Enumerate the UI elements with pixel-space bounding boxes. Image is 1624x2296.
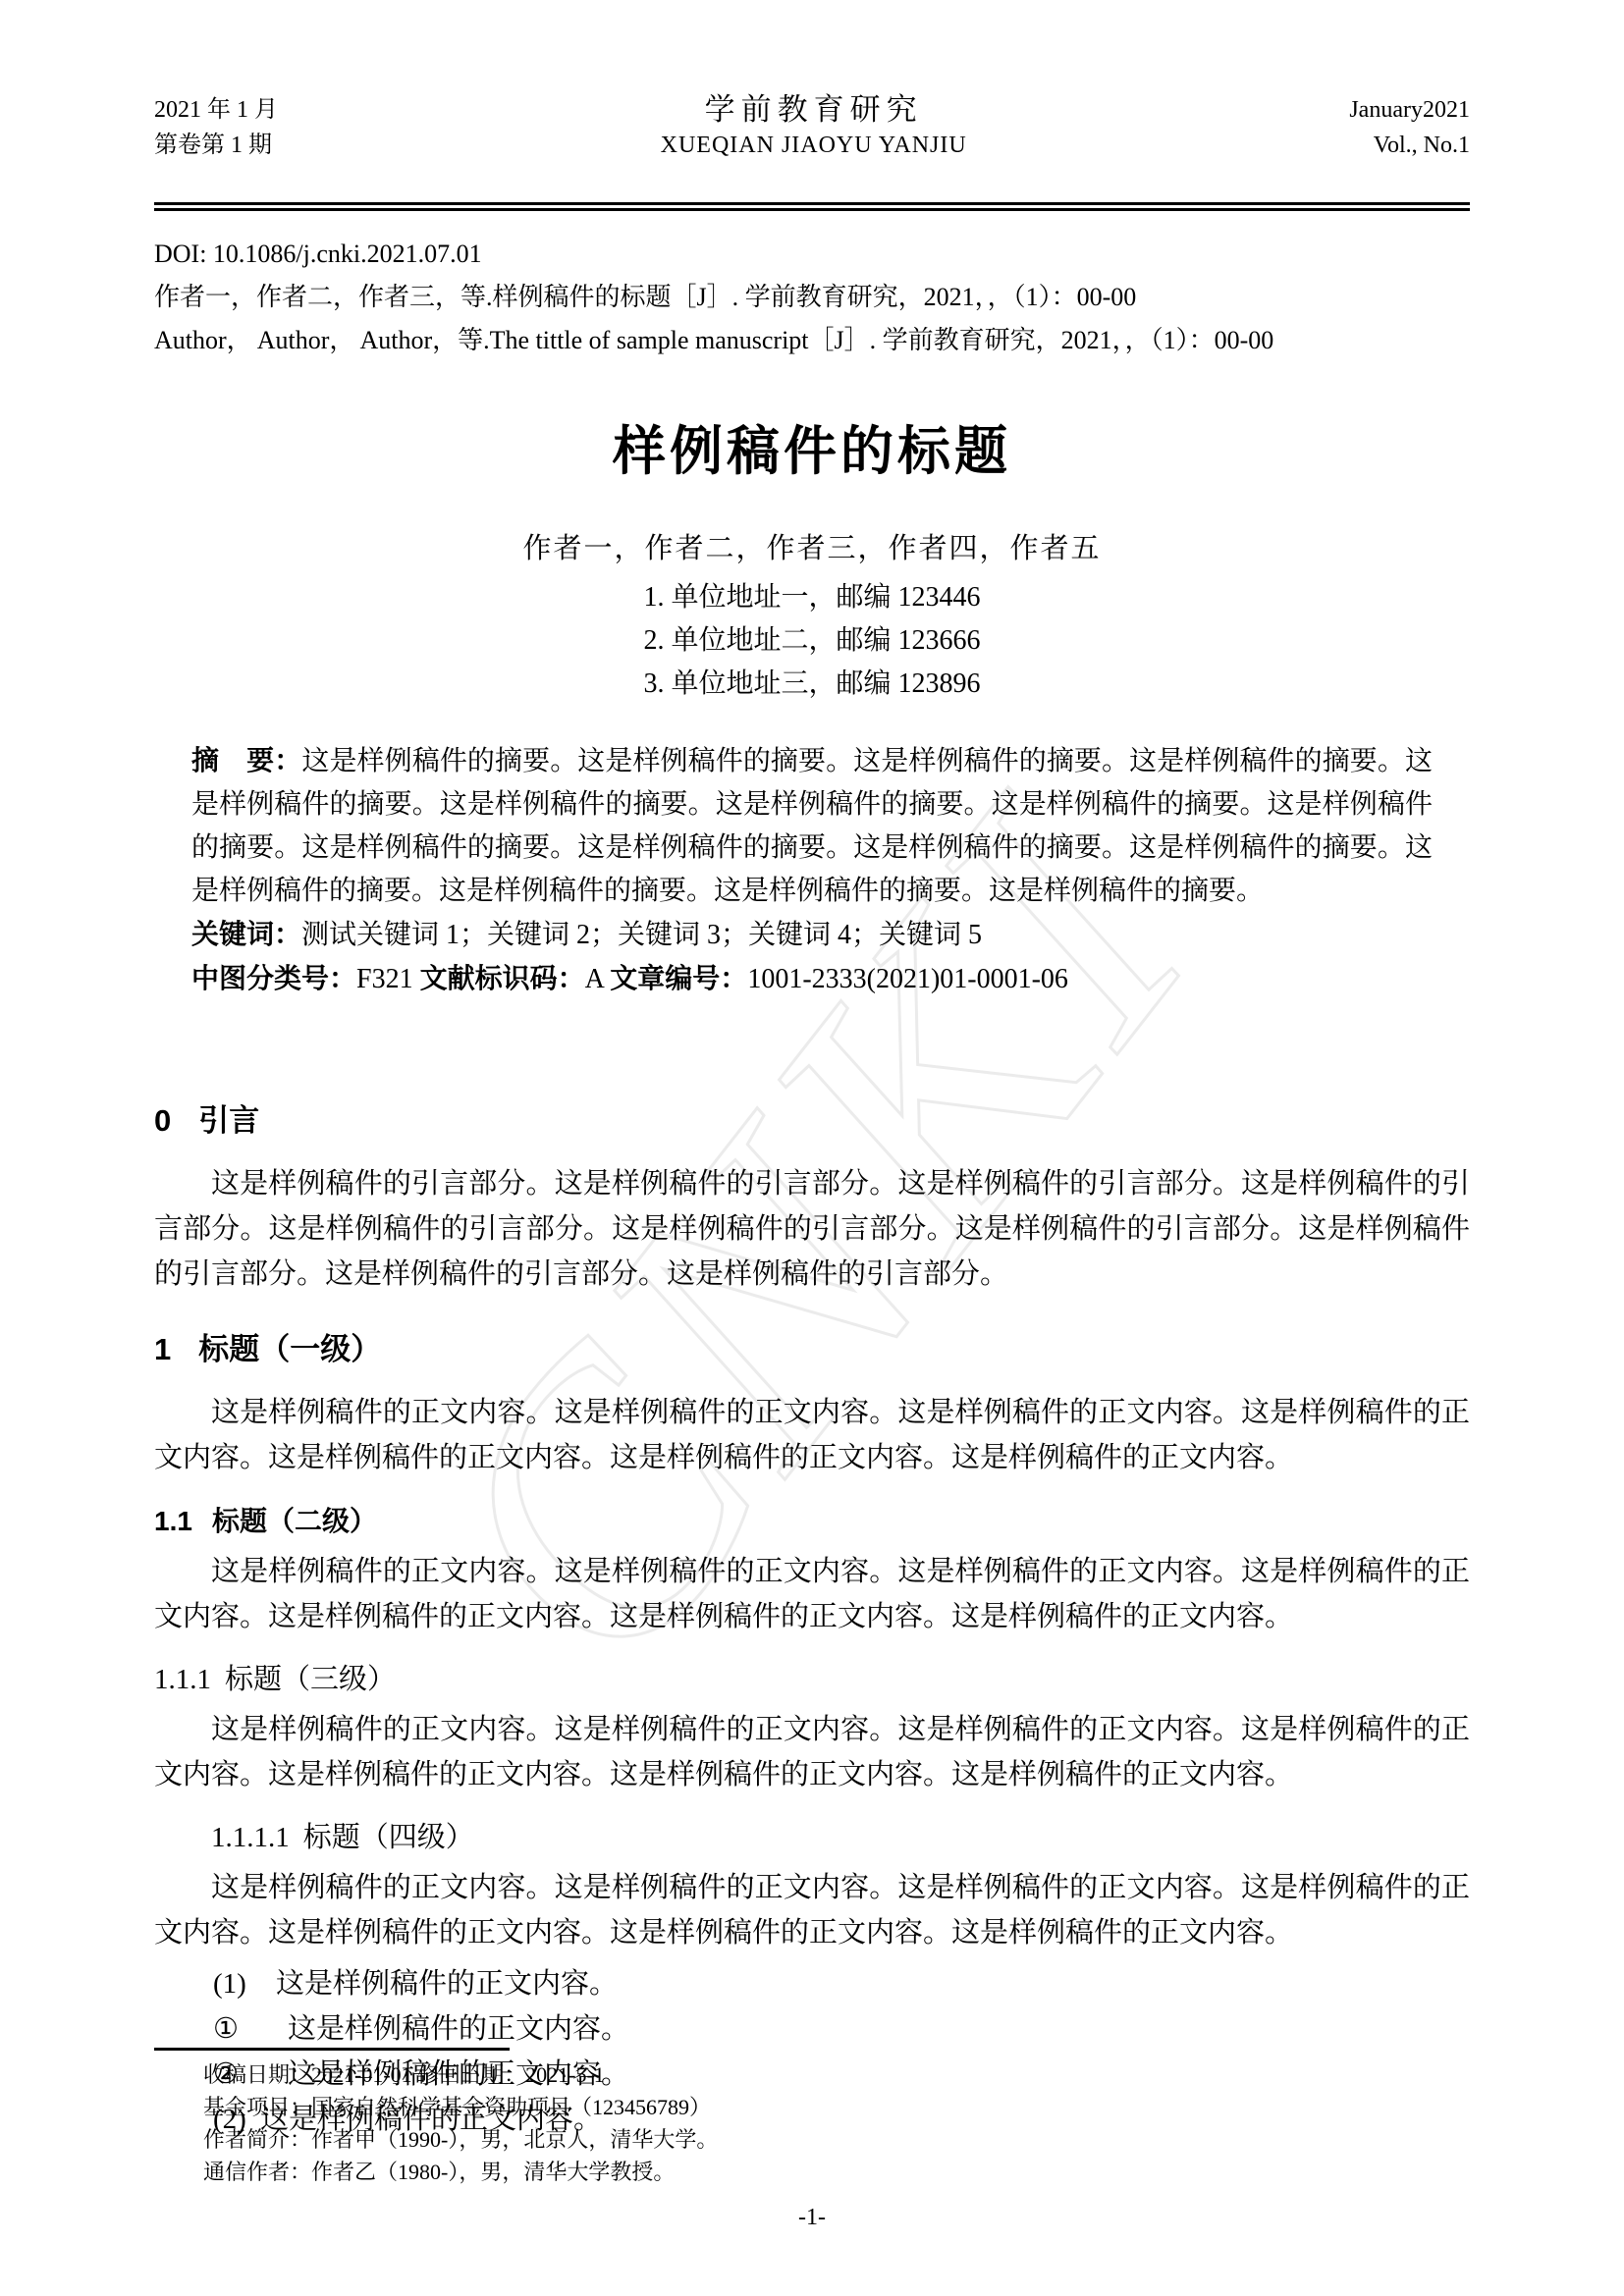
section-heading-0: 0引言 <box>154 1095 1470 1140</box>
abstract-label: 摘 要： <box>191 745 301 775</box>
affiliation-line: 1. 单位地址一，邮编 123446 <box>154 576 1470 619</box>
doc-code-value: A <box>585 964 611 994</box>
funding-line: 基金项目：国家自然科学基金资助项目（123456789） <box>203 2091 1470 2123</box>
list-item: (1)这是样例稿件的正文内容。 <box>213 1961 1470 2006</box>
article-id-label: 文章编号： <box>610 963 747 993</box>
clc-value: F321 <box>356 964 420 994</box>
header-rule <box>154 202 1470 211</box>
citation-en: Author， Author， Author，等.The tittle of s… <box>154 319 1470 362</box>
section-title: 标题（二级） <box>212 1506 377 1536</box>
footnote-lines: 收稿日期：2021-01-01 修回日期：2021-5-1 基金项目：国家自然科… <box>154 2058 1470 2188</box>
header-center: 学前教育研究 XUEQIAN JIAOYU YANJIU <box>661 92 967 163</box>
author-bio-line: 作者简介：作者甲（1990-），男，北京人，清华大学。 <box>203 2123 1470 2156</box>
affiliation-line: 2. 单位地址二，邮编 123666 <box>154 619 1470 663</box>
doc-code-label: 文献标识码： <box>420 963 585 993</box>
volume-issue-en: Vol., No.1 <box>1349 128 1470 163</box>
list-text: 这是样例稿件的正文内容。 <box>276 1968 618 2000</box>
list-item: ①这是样例稿件的正文内容。 <box>213 2006 1470 2052</box>
list-marker: ① <box>213 2006 288 2052</box>
section-number: 1 <box>154 1332 171 1366</box>
received-date-line: 收稿日期：2021-01-01 修回日期：2021-5-1 <box>203 2058 1470 2091</box>
author-list: 作者一，作者二，作者三，作者四，作者五 <box>154 526 1470 566</box>
keywords-label: 关键词： <box>191 919 301 949</box>
section-heading-1-1: 1.1标题（二级） <box>154 1500 1470 1539</box>
affiliations: 1. 单位地址一，邮编 123446 2. 单位地址二，邮编 123666 3.… <box>154 576 1470 706</box>
volume-issue-cn: 第卷第 1 期 <box>154 128 278 163</box>
list-text: 这是样例稿件的正文内容。 <box>288 2013 629 2045</box>
doi-line: DOI: 10.1086/j.cnki.2021.07.01 <box>154 233 1470 276</box>
section-number: 1.1.1.1 <box>211 1822 290 1853</box>
abstract-block: 摘 要：这是样例稿件的摘要。这是样例稿件的摘要。这是样例稿件的摘要。这是样例稿件… <box>191 739 1433 1001</box>
section-number: 1.1 <box>154 1506 192 1536</box>
journal-name-cn: 学前教育研究 <box>661 92 967 128</box>
affiliation-line: 3. 单位地址三，邮编 123896 <box>154 663 1470 706</box>
section-paragraph: 这是样例稿件的引言部分。这是样例稿件的引言部分。这是样例稿件的引言部分。这是样例… <box>154 1161 1470 1297</box>
section-heading-1: 1标题（一级） <box>154 1324 1470 1368</box>
page-number: -1- <box>0 2205 1624 2231</box>
keywords-line: 关键词：测试关键词 1；关键词 2；关键词 3；关键词 4；关键词 5 <box>191 913 1433 957</box>
journal-name-pinyin: XUEQIAN JIAOYU YANJIU <box>661 128 967 163</box>
header-left: 2021 年 1 月 第卷第 1 期 <box>154 92 278 163</box>
footnote-block: 收稿日期：2021-01-01 修回日期：2021-5-1 基金项目：国家自然科… <box>154 2048 1470 2188</box>
section-paragraph: 这是样例稿件的正文内容。这是样例稿件的正文内容。这是样例稿件的正文内容。这是样例… <box>154 1390 1470 1480</box>
issue-date-en: January2021 <box>1349 92 1470 128</box>
section-number: 0 <box>154 1103 171 1138</box>
section-title: 标题（一级） <box>198 1332 381 1366</box>
abstract-text: 这是样例稿件的摘要。这是样例稿件的摘要。这是样例稿件的摘要。这是样例稿件的摘要。… <box>191 746 1433 906</box>
classification-line: 中图分类号：F321 文献标识码：A 文章编号：1001-2333(2021)0… <box>191 957 1433 1001</box>
section-number: 1.1.1 <box>154 1664 211 1695</box>
section-title: 引言 <box>198 1103 259 1138</box>
clc-label: 中图分类号： <box>191 963 356 993</box>
article-id-value: 1001-2333(2021)01-0001-06 <box>747 964 1068 994</box>
keywords-text: 测试关键词 1；关键词 2；关键词 3；关键词 4；关键词 5 <box>301 920 982 950</box>
section-paragraph: 这是样例稿件的正文内容。这是样例稿件的正文内容。这是样例稿件的正文内容。这是样例… <box>154 1707 1470 1797</box>
section-title: 标题（四级） <box>303 1822 474 1853</box>
page-content: 2021 年 1 月 第卷第 1 期 学前教育研究 XUEQIAN JIAOYU… <box>154 0 1470 2142</box>
header-right: January2021 Vol., No.1 <box>1349 92 1470 163</box>
section-heading-1-1-1-1: 1.1.1.1标题（四级） <box>154 1815 1470 1855</box>
section-paragraph: 这是样例稿件的正文内容。这是样例稿件的正文内容。这是样例稿件的正文内容。这是样例… <box>154 1549 1470 1639</box>
list-marker: (1) <box>213 1961 276 2006</box>
citation-cn: 作者一，作者二，作者三，等.样例稿件的标题［J］. 学前教育研究，2021，，（… <box>154 276 1470 319</box>
abstract-paragraph: 摘 要：这是样例稿件的摘要。这是样例稿件的摘要。这是样例稿件的摘要。这是样例稿件… <box>191 739 1433 913</box>
meta-block: DOI: 10.1086/j.cnki.2021.07.01 作者一，作者二，作… <box>154 233 1470 362</box>
footnote-rule <box>154 2048 510 2051</box>
document-page: CNKI 2021 年 1 月 第卷第 1 期 学前教育研究 XUEQIAN J… <box>0 0 1624 2296</box>
corresponding-author-line: 通信作者：作者乙（1980-），男，清华大学教授。 <box>203 2156 1470 2188</box>
issue-date: 2021 年 1 月 <box>154 92 278 128</box>
section-title: 标题（三级） <box>225 1664 396 1695</box>
journal-header: 2021 年 1 月 第卷第 1 期 学前教育研究 XUEQIAN JIAOYU… <box>154 92 1470 163</box>
section-paragraph: 这是样例稿件的正文内容。这是样例稿件的正文内容。这是样例稿件的正文内容。这是样例… <box>154 1865 1470 1955</box>
section-heading-1-1-1: 1.1.1标题（三级） <box>154 1657 1470 1697</box>
article-title: 样例稿件的标题 <box>154 409 1470 485</box>
